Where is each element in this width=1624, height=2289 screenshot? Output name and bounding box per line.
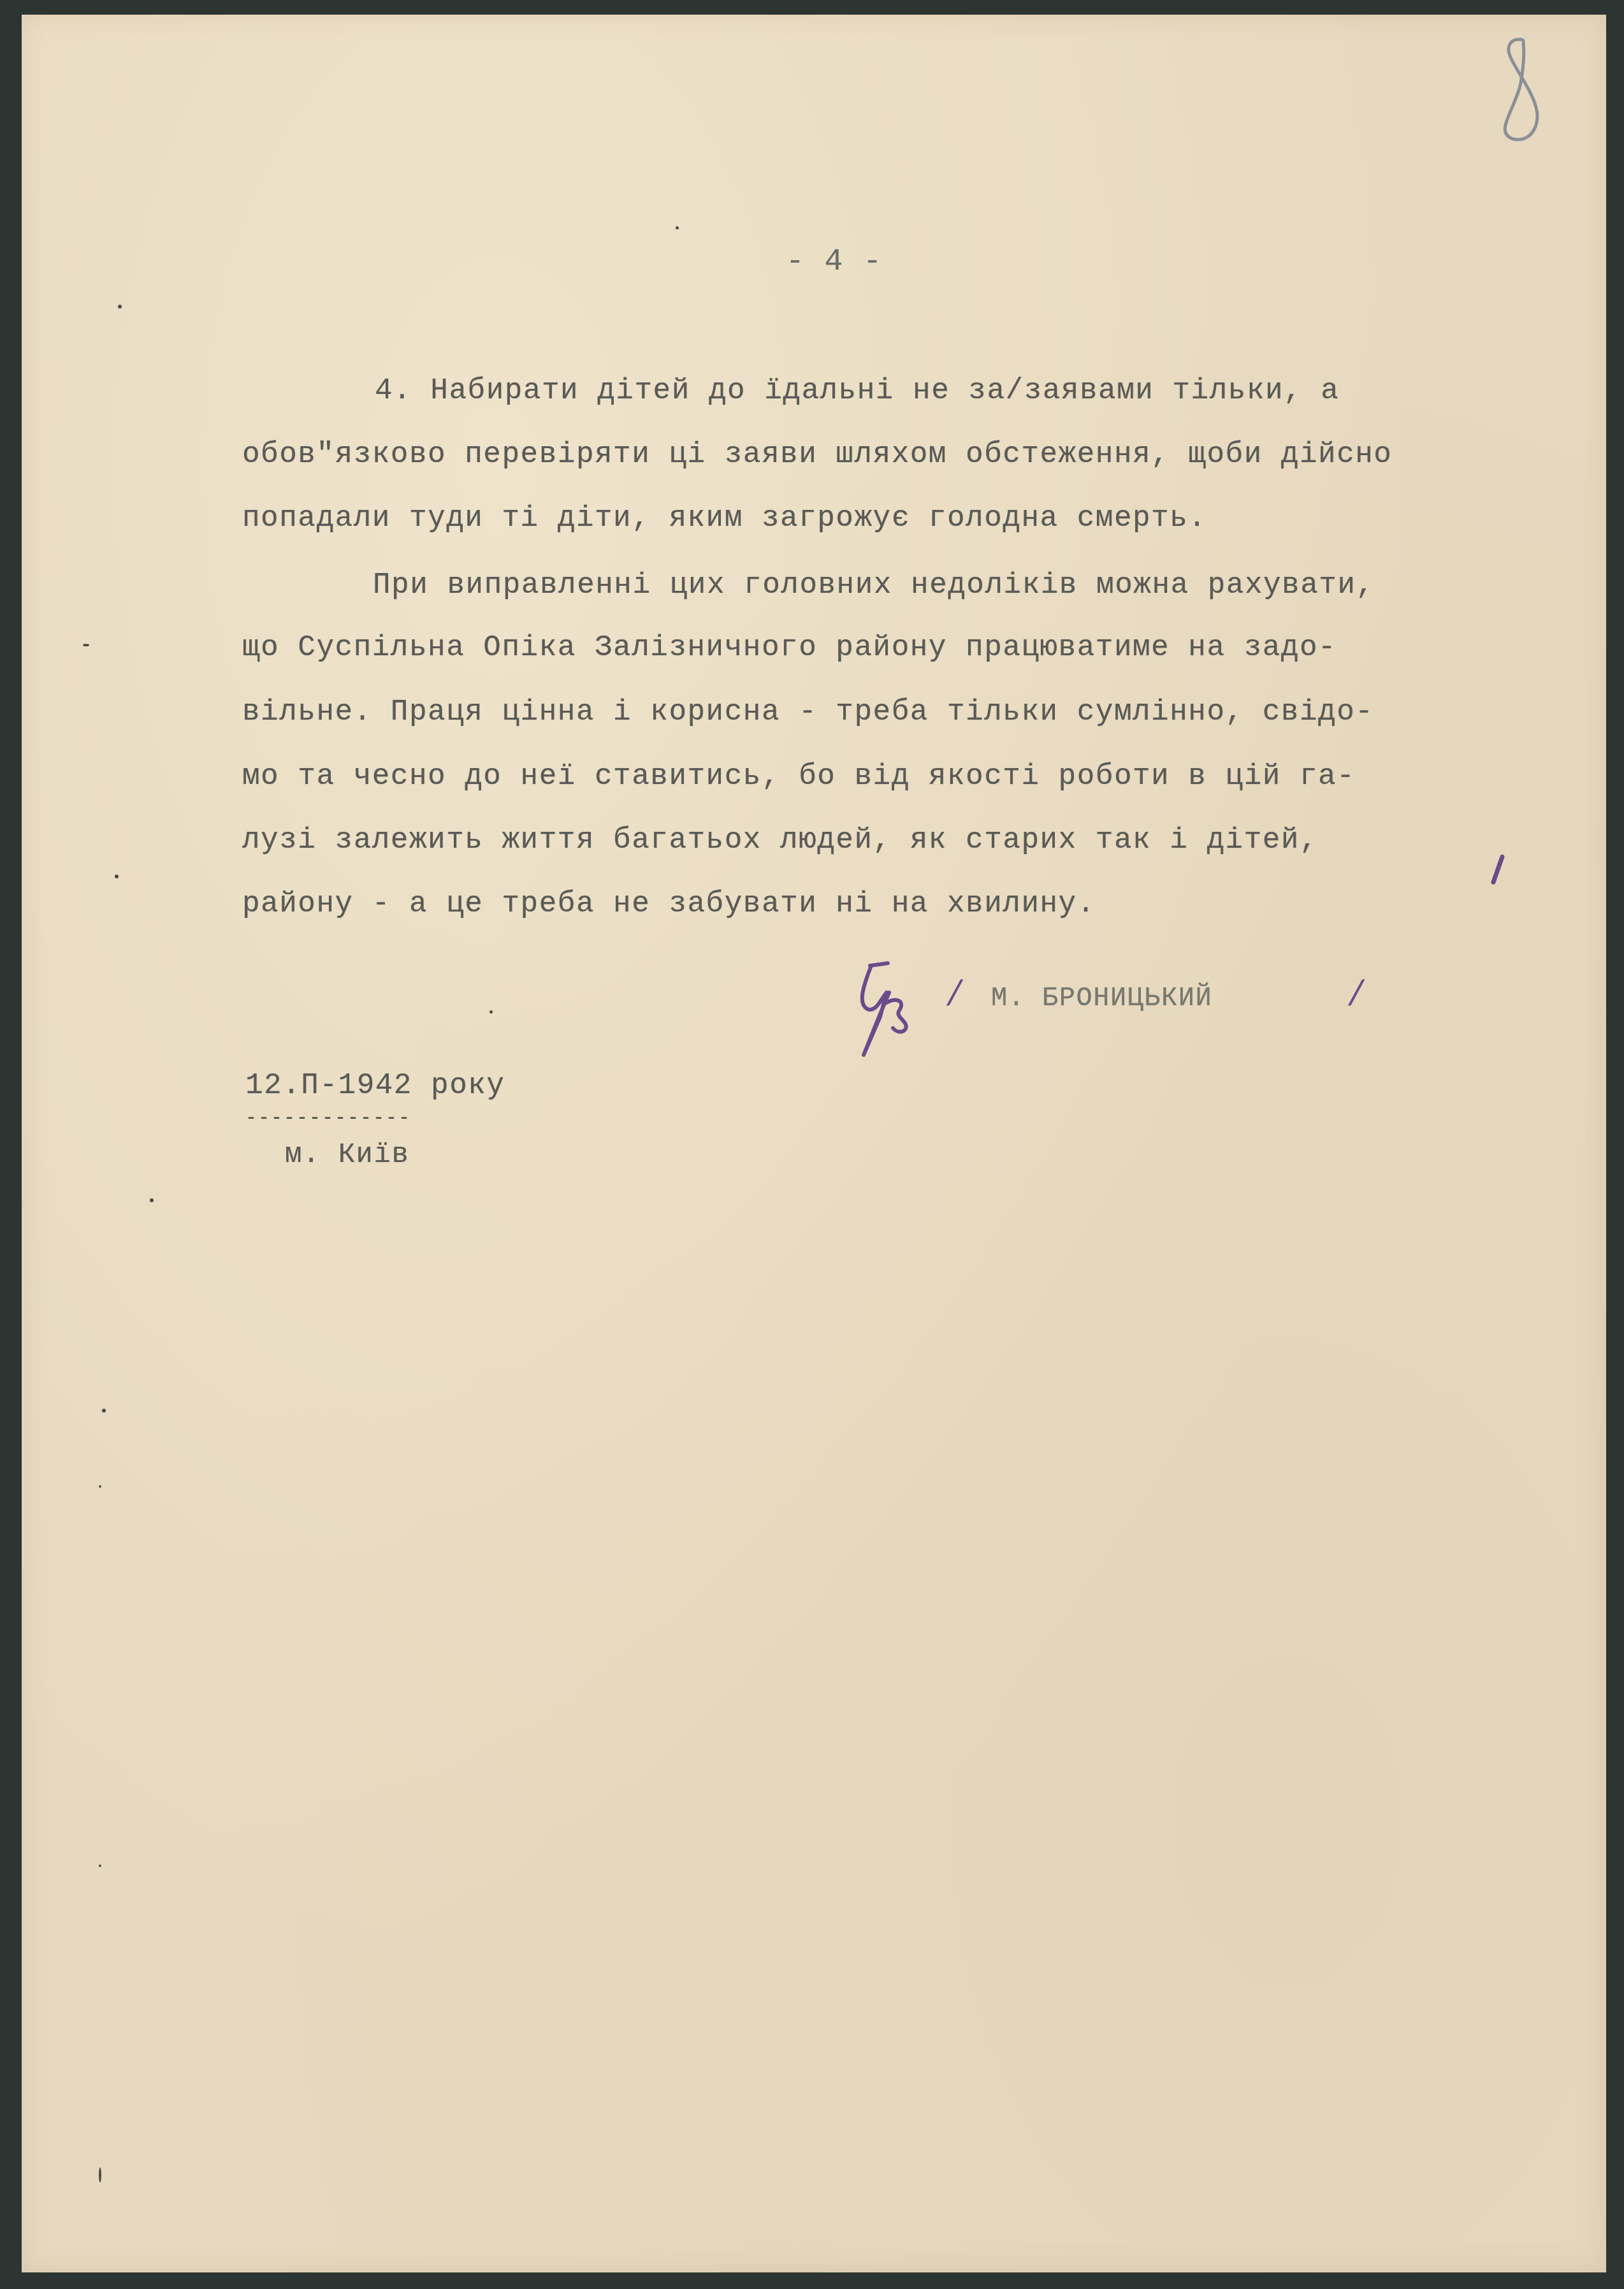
binding-hole-mark: [99, 2167, 101, 2183]
binding-hole-mark: [99, 1864, 101, 1867]
paper-sheet: [22, 15, 1606, 2272]
binding-hole-mark: [99, 1485, 101, 1488]
body-line: району - а це треба не забувати ні на хв…: [242, 889, 1096, 919]
page-number: - 4 -: [786, 247, 883, 277]
body-line: При виправленні цих головних недоліків м…: [373, 570, 1375, 600]
stray-dot: [676, 226, 679, 229]
body-line: обов"язково перевіряти ці заяви шляхом о…: [242, 440, 1392, 469]
scanned-document: 8 - 4 - 4. Набирати дітей до їдальні не …: [0, 0, 1624, 2289]
binding-hole-mark: [83, 644, 89, 646]
body-line: лузі залежить життя багатьох людей, як с…: [242, 825, 1318, 855]
document-place: м. Київ: [285, 1141, 409, 1169]
body-line: що Суспільна Опіка Залізничного району п…: [242, 633, 1337, 662]
binding-hole-mark: [118, 305, 122, 309]
date-underline: -------------: [245, 1109, 411, 1128]
body-line: попадали туди ті діти, яким загрожує гол…: [242, 504, 1207, 533]
handwritten-signature: [845, 953, 940, 1061]
ink-correction-mark: [1488, 854, 1507, 886]
body-line: мо та чесно до неї ставитись, бо від яко…: [242, 762, 1355, 791]
signer-name: М. БРОНИЦЬКИЙ: [991, 985, 1212, 1012]
binding-hole-mark: [150, 1198, 154, 1202]
binding-hole-mark: [102, 1409, 106, 1413]
binding-hole-mark: [115, 875, 119, 878]
handwritten-folio-number: [1491, 32, 1555, 153]
body-line: 4. Набирати дітей до їдальні не за/заява…: [375, 376, 1339, 405]
stray-dot: [489, 1010, 493, 1014]
document-date: 12.П-1942 року: [245, 1071, 505, 1100]
body-line: вільне. Праця цінна і корисна - треба ті…: [242, 697, 1374, 727]
